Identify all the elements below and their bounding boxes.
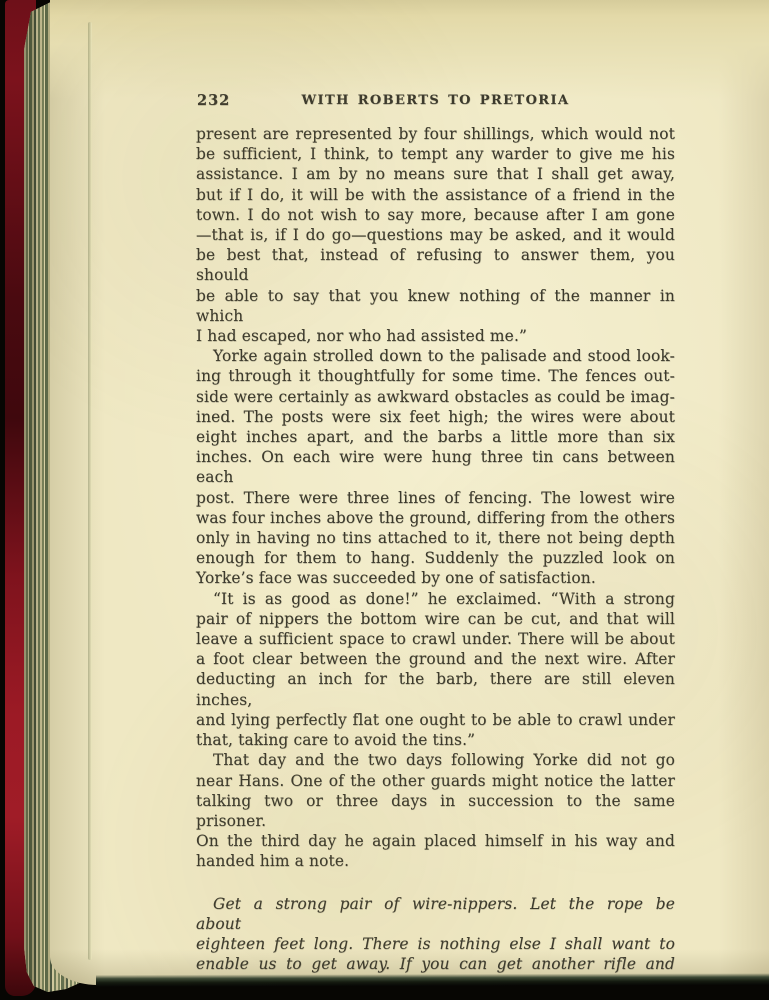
text-line: but if I do, it will be with the assista… xyxy=(196,185,675,205)
paragraph: Yorke again strolled down to the palisad… xyxy=(196,346,675,588)
text-line: That day and the two days following York… xyxy=(196,750,675,770)
text-line: be sufficient, I think, to tempt any war… xyxy=(196,144,675,164)
text-line: leave a sufficient space to crawl under.… xyxy=(196,629,675,649)
text-line: eighteen feet long. There is nothing els… xyxy=(196,934,675,954)
text-line: inches. On each wire were hung three tin… xyxy=(196,447,675,487)
text-line: enough for them to hang. Suddenly the pu… xyxy=(196,548,675,568)
text-line: near Hans. One of the other guards might… xyxy=(196,771,675,791)
text-line: eight inches apart, and the barbs a litt… xyxy=(196,427,675,447)
text-line: deducting an inch for the barb, there ar… xyxy=(196,669,675,709)
page-header: 232 WITH ROBERTS TO PRETORIA xyxy=(196,92,675,112)
paragraph: “It is as good as done!” he exclaimed. “… xyxy=(196,589,675,751)
text-line: post. There were three lines of fencing.… xyxy=(196,488,675,508)
text-line: side were certainly as awkward obstacles… xyxy=(196,387,675,407)
paragraph: That day and the two days following York… xyxy=(196,750,675,871)
text-line: a foot clear between the ground and the … xyxy=(196,649,675,669)
text-line: handed him a note. xyxy=(196,851,675,871)
text-line: Yorke again strolled down to the palisad… xyxy=(196,346,675,366)
page-left-edge-highlight xyxy=(88,22,92,960)
book-photo-stage: 232 WITH ROBERTS TO PRETORIA present are… xyxy=(0,0,769,1000)
text-line: ined. The posts were six feet high; the … xyxy=(196,407,675,427)
text-line: be able to say that you knew nothing of … xyxy=(196,286,675,326)
handwritten-note-paragraph: Get a strong pair of wire-nippers. Let t… xyxy=(196,894,675,975)
text-line: present are represented by four shilling… xyxy=(196,124,675,144)
text-line: Yorke’s face was succeeded by one of sat… xyxy=(196,568,675,588)
text-line: enable us to get away. If you can get an… xyxy=(196,954,675,974)
text-line: —that is, if I do go—questions may be as… xyxy=(196,225,675,245)
text-line: I had escaped, nor who had assisted me.” xyxy=(196,326,675,346)
text-line: be best that, instead of refusing to ans… xyxy=(196,245,675,285)
text-line: ing through it thoughtfully for some tim… xyxy=(196,366,675,386)
page-number: 232 xyxy=(197,92,230,109)
running-title: WITH ROBERTS TO PRETORIA xyxy=(196,92,675,108)
text-line: talking two or three days in succession … xyxy=(196,791,675,831)
text-line: and lying perfectly flat one ought to be… xyxy=(196,710,675,730)
text-line: was four inches above the ground, differ… xyxy=(196,508,675,528)
text-line: “It is as good as done!” he exclaimed. “… xyxy=(196,589,675,609)
text-line: assistance. I am by no means sure that I… xyxy=(196,164,675,184)
text-line: On the third day he again placed himself… xyxy=(196,831,675,851)
text-line: that, taking care to avoid the tins.” xyxy=(196,730,675,750)
text-line: town. I do not wish to say more, because… xyxy=(196,205,675,225)
text-line: pair of nippers the bottom wire can be c… xyxy=(196,609,675,629)
page-bottom-edge xyxy=(96,973,769,987)
text-line: Get a strong pair of wire-nippers. Let t… xyxy=(196,894,675,934)
text-line: only in having no tins attached to it, t… xyxy=(196,528,675,548)
text-block: present are represented by four shilling… xyxy=(196,124,675,974)
paragraph: present are represented by four shilling… xyxy=(196,124,675,346)
